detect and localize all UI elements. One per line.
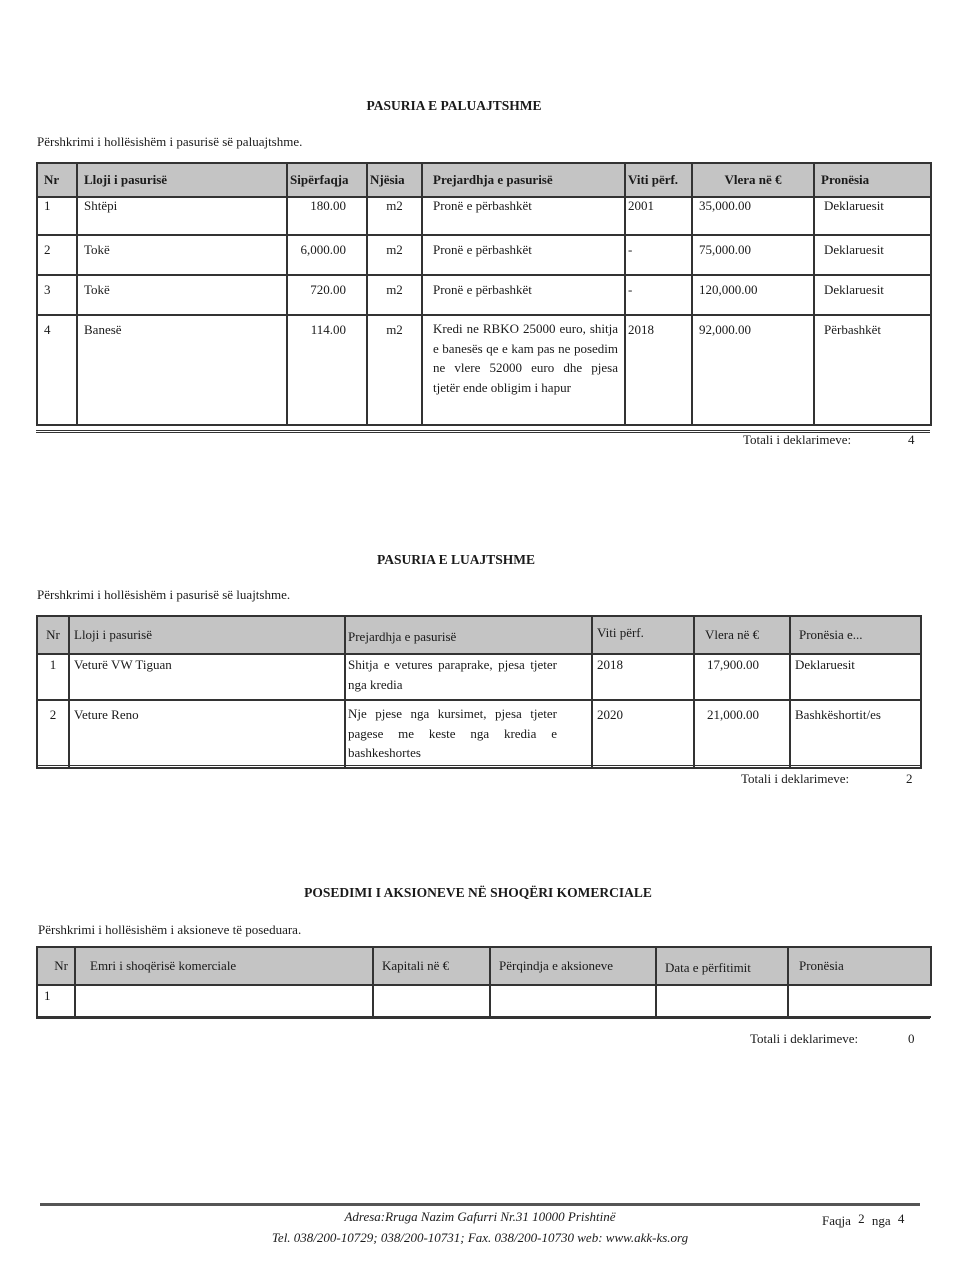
col-header-ownership: Pronësia xyxy=(788,947,931,985)
table-row: 1 Shtëpi 180.00 m2 Pronë e përbashkët 20… xyxy=(37,197,931,235)
cell-area: 6,000.00 xyxy=(287,235,367,275)
cell-value: 17,900.00 xyxy=(694,654,790,700)
col-header-nr: Nr xyxy=(37,947,75,985)
section-title-shares: POSEDIMI I AKSIONEVE NË SHOQËRI KOMERCIA… xyxy=(0,885,956,901)
table-header-row: Nr Emri i shoqërisë komerciale Kapitali … xyxy=(37,947,931,985)
section-title-immovable: PASURIA E PALUAJTSHME xyxy=(0,98,908,114)
movable-total-label: Totali i deklarimeve: xyxy=(741,771,849,787)
col-header-nr: Nr xyxy=(37,616,69,654)
cell-type: Tokë xyxy=(77,235,287,275)
cell-value: 75,000.00 xyxy=(692,235,814,275)
cell-unit: m2 xyxy=(367,275,422,315)
cell-origin: Pronë e përbashkët xyxy=(422,275,625,315)
shares-table-wrap: Nr Emri i shoqërisë komerciale Kapitali … xyxy=(36,946,930,1019)
cell-nr: 3 xyxy=(37,275,77,315)
immovable-table-wrap: Nr Lloji i pasurisë Sipërfaqja Njësia Pr… xyxy=(36,162,930,433)
table-row: 1 xyxy=(37,985,931,1017)
footer-contact: Tel. 038/200-10729; 038/200-10731; Fax. … xyxy=(170,1230,790,1246)
cell-area: 114.00 xyxy=(287,315,367,425)
cell-type: Banesë xyxy=(77,315,287,425)
col-header-percent: Përqindja e aksioneve xyxy=(490,947,656,985)
cell-percent xyxy=(490,985,656,1017)
cell-type: Veturë VW Tiguan xyxy=(69,654,345,700)
movable-table-wrap: Nr Lloji i pasurisë Prejardhja e pasuris… xyxy=(36,615,920,768)
shares-total-value: 0 xyxy=(908,1031,915,1047)
cell-date xyxy=(656,985,788,1017)
cell-nr: 2 xyxy=(37,700,69,768)
cell-ownership: Përbashkët xyxy=(814,315,931,425)
section-description-immovable: Përshkrimi i hollësishëm i pasurisë së p… xyxy=(37,134,302,150)
cell-ownership xyxy=(788,985,931,1017)
shares-total-label: Totali i deklarimeve: xyxy=(750,1031,858,1047)
cell-ownership: Deklaruesit xyxy=(790,654,921,700)
col-header-origin: Prejardhja e pasurisë xyxy=(422,163,625,197)
col-header-nr: Nr xyxy=(37,163,77,197)
cell-nr: 1 xyxy=(37,654,69,700)
page-of-label: nga xyxy=(872,1213,891,1228)
cell-type: Veture Reno xyxy=(69,700,345,768)
cell-company xyxy=(75,985,373,1017)
col-header-unit: Njësia xyxy=(367,163,422,197)
col-header-date: Data e përfitimit xyxy=(656,947,788,985)
cell-nr: 4 xyxy=(37,315,77,425)
cell-nr: 1 xyxy=(37,985,75,1017)
table-row: 2 Tokë 6,000.00 m2 Pronë e përbashkët - … xyxy=(37,235,931,275)
cell-ownership: Deklaruesit xyxy=(814,275,931,315)
table-row: 2 Veture Reno Nje pjese nga kursimet, pj… xyxy=(37,700,921,768)
cell-year: 2018 xyxy=(625,315,692,425)
col-header-company: Emri i shoqërisë komerciale xyxy=(75,947,373,985)
immovable-table: Nr Lloji i pasurisë Sipërfaqja Njësia Pr… xyxy=(36,162,932,426)
table-header-row: Nr Lloji i pasurisë Prejardhja e pasuris… xyxy=(37,616,921,654)
footer-divider xyxy=(40,1203,920,1206)
col-header-year: Viti përf. xyxy=(625,163,692,197)
col-header-origin: Prejardhja e pasurisë xyxy=(345,616,592,654)
cell-year: 2018 xyxy=(592,654,694,700)
table-row: 1 Veturë VW Tiguan Shitja e vetures para… xyxy=(37,654,921,700)
shares-table: Nr Emri i shoqërisë komerciale Kapitali … xyxy=(36,946,932,1018)
cell-value: 92,000.00 xyxy=(692,315,814,425)
page-total: 4 xyxy=(898,1211,905,1226)
section-title-movable: PASURIA E LUAJTSHME xyxy=(0,552,912,568)
col-header-type: Lloji i pasurisë xyxy=(69,616,345,654)
cell-year: 2001 xyxy=(625,197,692,235)
cell-year: 2020 xyxy=(592,700,694,768)
table-row: 4 Banesë 114.00 m2 Kredi ne RBKO 25000 e… xyxy=(37,315,931,425)
section-description-movable: Përshkrimi i hollësishëm i pasurisë së l… xyxy=(37,587,290,603)
cell-unit: m2 xyxy=(367,197,422,235)
col-header-area: Sipërfaqja xyxy=(287,163,367,197)
cell-ownership: Bashkëshortit/es xyxy=(790,700,921,768)
cell-area: 180.00 xyxy=(287,197,367,235)
col-header-capital: Kapitali në € xyxy=(373,947,490,985)
cell-nr: 2 xyxy=(37,235,77,275)
col-header-ownership: Pronësia e... xyxy=(790,616,921,654)
col-header-value: Vlera në € xyxy=(692,163,814,197)
immovable-total-label: Totali i deklarimeve: xyxy=(743,432,851,448)
cell-unit: m2 xyxy=(367,315,422,425)
page-current: 2 xyxy=(858,1211,865,1226)
immovable-total-value: 4 xyxy=(908,432,915,448)
cell-origin: Nje pjese nga kursimet, pjesa tjeter pag… xyxy=(345,700,592,768)
cell-ownership: Deklaruesit xyxy=(814,197,931,235)
cell-origin: Pronë e përbashkët xyxy=(422,197,625,235)
cell-type: Tokë xyxy=(77,275,287,315)
cell-value: 35,000.00 xyxy=(692,197,814,235)
col-header-value: Vlera në € xyxy=(694,616,790,654)
cell-value: 120,000.00 xyxy=(692,275,814,315)
col-header-year: Viti përf. xyxy=(592,616,694,654)
cell-origin: Kredi ne RBKO 25000 euro, shitja e banes… xyxy=(422,315,625,425)
cell-nr: 1 xyxy=(37,197,77,235)
cell-area: 720.00 xyxy=(287,275,367,315)
page-label: Faqja xyxy=(822,1213,851,1228)
movable-total-value: 2 xyxy=(906,771,913,787)
cell-value: 21,000.00 xyxy=(694,700,790,768)
footer-address: Adresa:Rruga Nazim Gafurri Nr.31 10000 P… xyxy=(170,1209,790,1225)
cell-year: - xyxy=(625,235,692,275)
col-header-type: Lloji i pasurisë xyxy=(77,163,287,197)
cell-origin: Pronë e përbashkët xyxy=(422,235,625,275)
cell-origin: Shitja e vetures paraprake, pjesa tjeter… xyxy=(345,654,592,700)
col-header-ownership: Pronësia xyxy=(814,163,931,197)
movable-table: Nr Lloji i pasurisë Prejardhja e pasuris… xyxy=(36,615,922,769)
page-indicator: Faqja 2 nga 4 xyxy=(822,1213,904,1229)
cell-year: - xyxy=(625,275,692,315)
table-header-row: Nr Lloji i pasurisë Sipërfaqja Njësia Pr… xyxy=(37,163,931,197)
cell-type: Shtëpi xyxy=(77,197,287,235)
cell-ownership: Deklaruesit xyxy=(814,235,931,275)
section-description-shares: Përshkrimi i hollësishëm i aksioneve të … xyxy=(38,922,301,938)
cell-unit: m2 xyxy=(367,235,422,275)
cell-capital xyxy=(373,985,490,1017)
table-row: 3 Tokë 720.00 m2 Pronë e përbashkët - 12… xyxy=(37,275,931,315)
